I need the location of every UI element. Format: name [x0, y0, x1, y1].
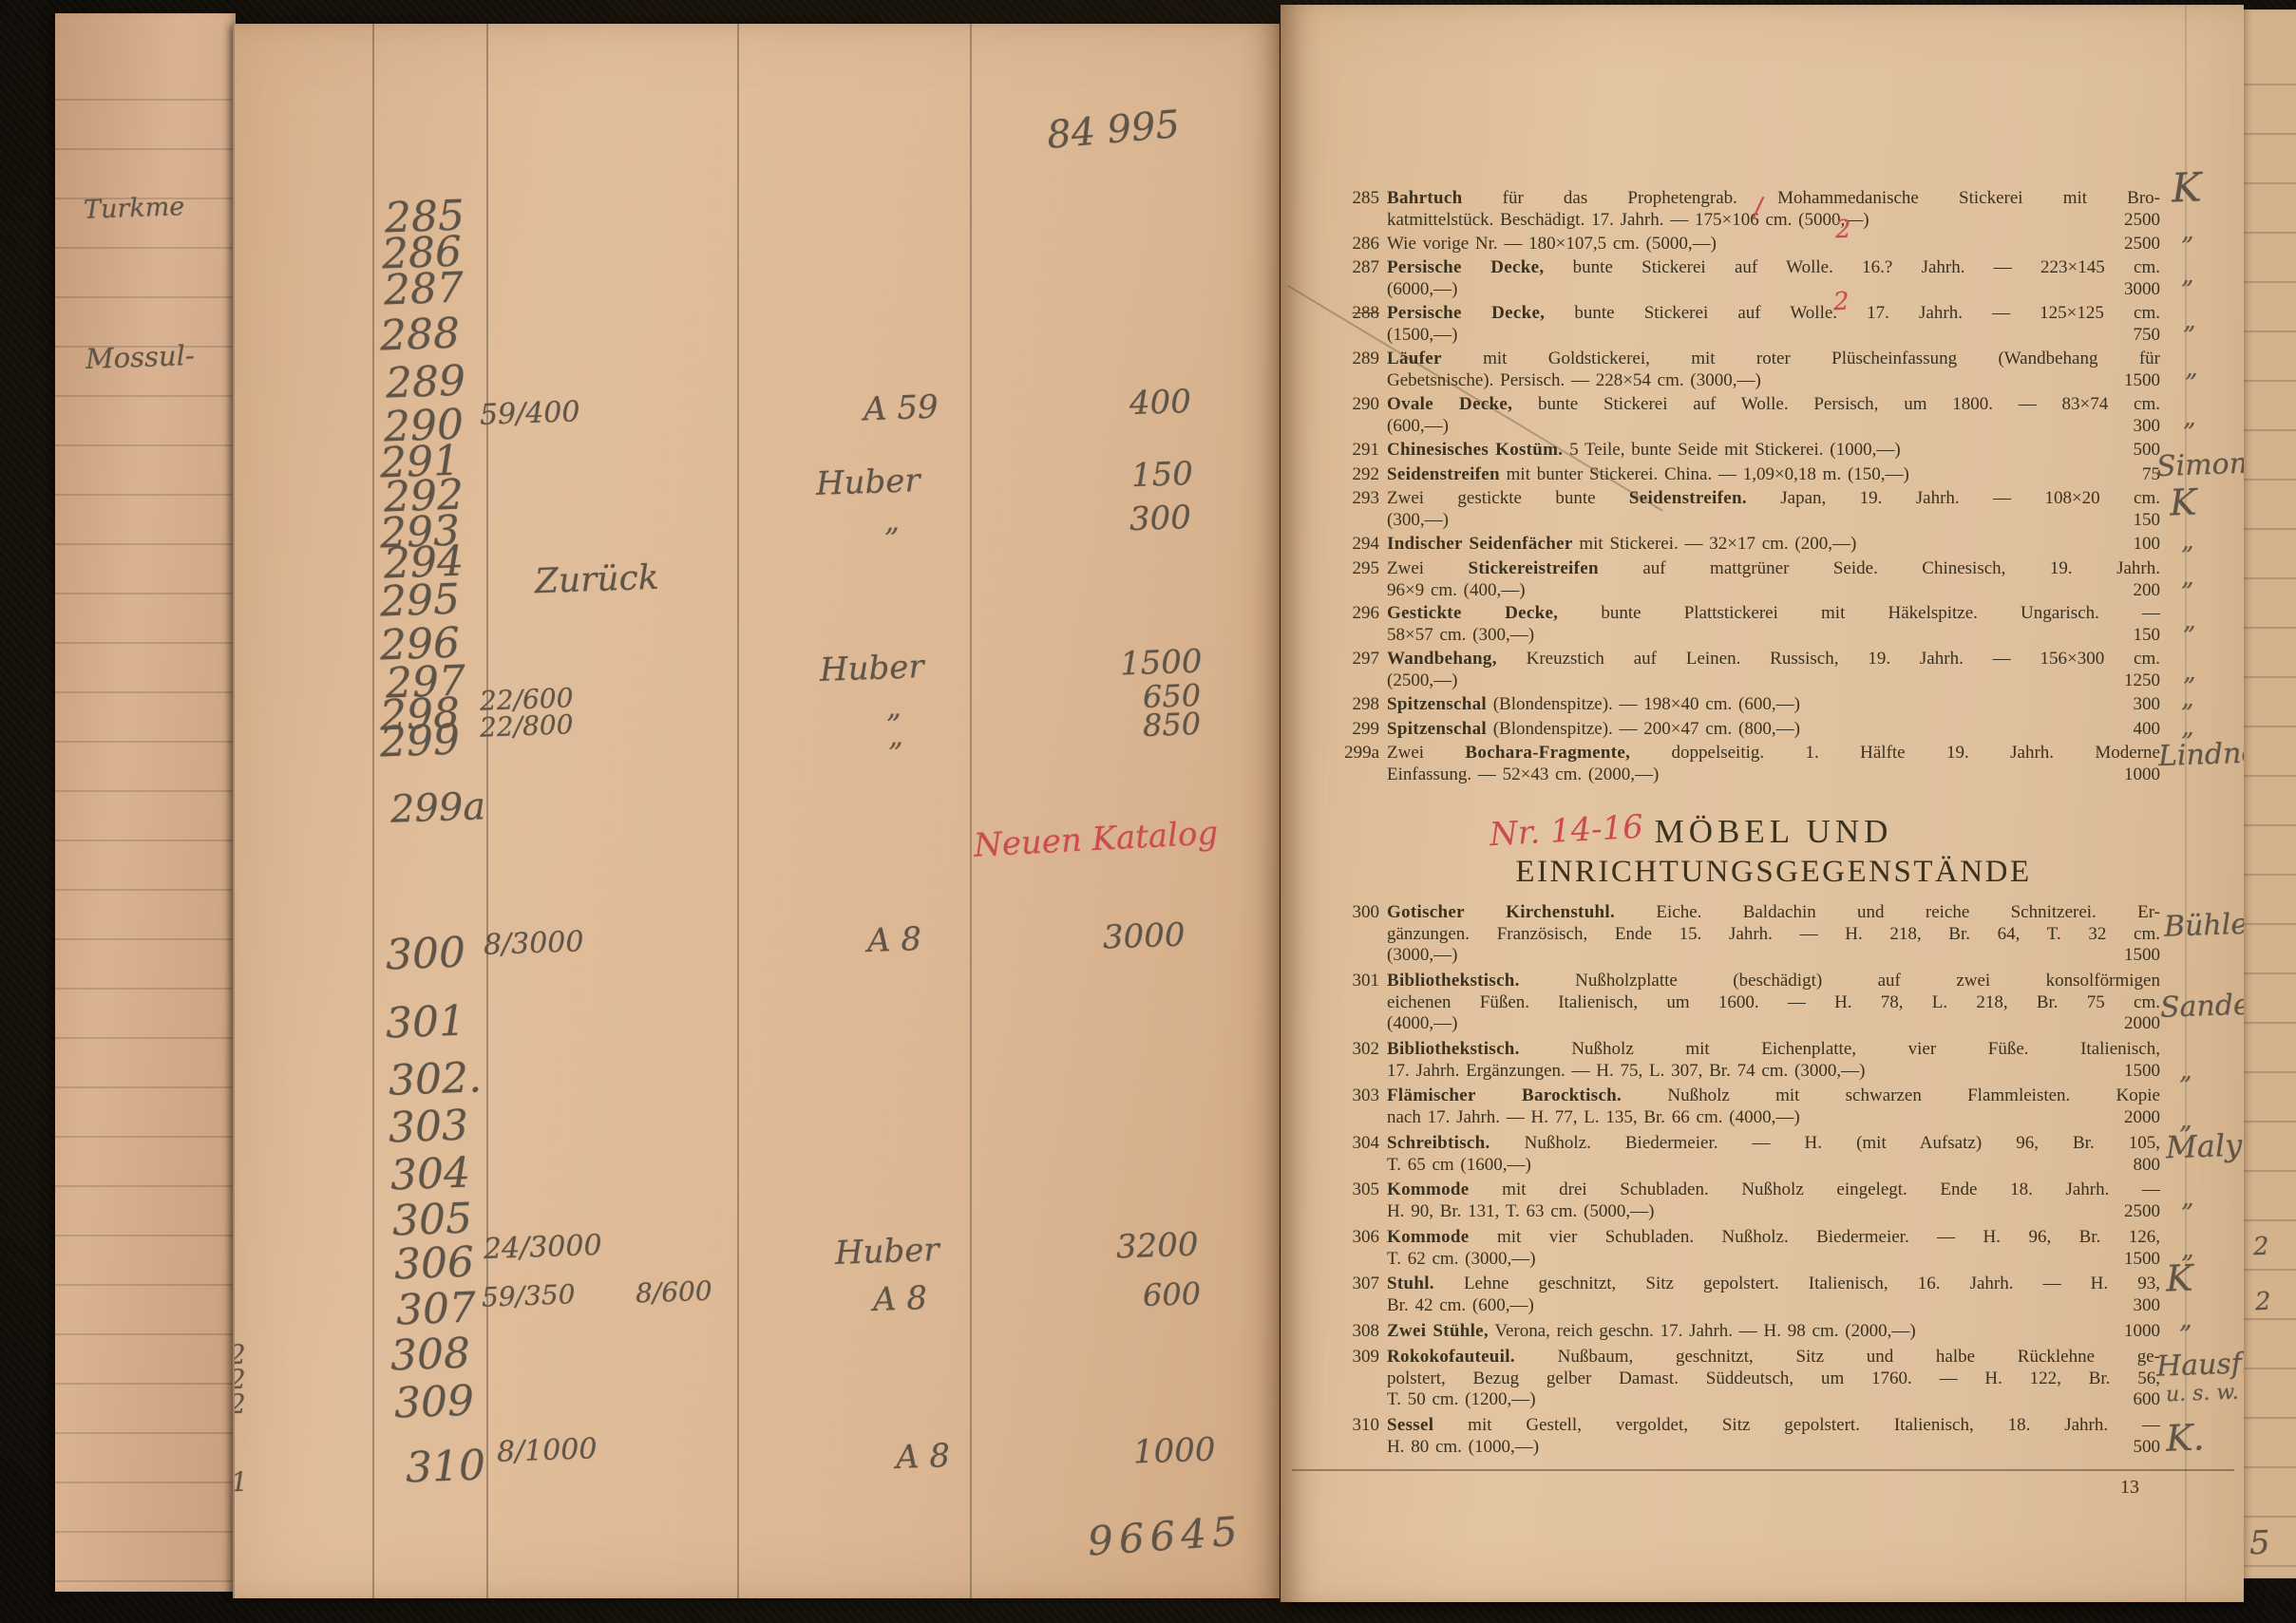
handwritten-mark: A 8: [872, 1282, 927, 1316]
ledger-page: 84 995285286287288Zurück28929059/400A 59…: [233, 24, 1280, 1598]
hammer-price: 2000: [2124, 1107, 2160, 1129]
lot-number: 301: [1332, 971, 1379, 991]
handwritten-mark: Zurück: [534, 561, 659, 600]
lot-number: 306: [1332, 1227, 1379, 1248]
handwritten-mark: Bühler: [2164, 910, 2244, 942]
handwritten-mark: 289: [385, 361, 465, 406]
handwritten-mark: 3200: [1115, 1229, 1199, 1264]
catalog-entry-297: 297Wandbehang, Kreuzstich auf Leinen. Ru…: [1387, 649, 2160, 691]
lot-number: 310: [1332, 1415, 1379, 1436]
handwritten-mark: 303: [388, 1105, 468, 1150]
catalog-entry-296: 296Gestickte Decke, bunte Plattstickerei…: [1387, 603, 2160, 646]
handwritten-mark: 287: [383, 268, 464, 312]
handwritten-mark: 1000: [1132, 1434, 1216, 1469]
catalog-entry-303: 303Flämischer Barocktisch. Nußholz mit s…: [1387, 1085, 2160, 1128]
catalog-entry-307: 307Stuhl. Lehne geschnitzt, Sitz gepolst…: [1387, 1274, 2160, 1316]
handwritten-mark: „: [883, 508, 900, 538]
handwritten-mark: 150: [1130, 458, 1193, 492]
lot-number: 285: [1332, 188, 1379, 209]
hammer-price: 400: [2134, 719, 2161, 741]
lot-number: 297: [1332, 649, 1379, 670]
handwritten-mark: 2: [2253, 1235, 2269, 1260]
handwritten-mark: Huber: [819, 651, 924, 687]
catalog-entry-288: 288Persische Decke, bunte Stickerei auf …: [1387, 303, 2160, 346]
catalog-entry-309: 309Rokokofauteuil. Nußbaum, geschnitzt, …: [1387, 1347, 2160, 1411]
underlying-page-left-edge: TurkmeMossul-: [55, 13, 236, 1592]
handwritten-mark: 5: [2249, 1527, 2270, 1560]
hammer-price: 300: [2134, 694, 2161, 716]
handwritten-mark: „: [2183, 406, 2196, 430]
handwritten-mark: „: [2181, 263, 2194, 288]
catalog-entry-290: 290Ovale Decke, bunte Stickerei auf Woll…: [1387, 394, 2160, 437]
catalog-entry-287: 287Persische Decke, bunte Stickerei auf …: [1387, 257, 2160, 300]
handwritten-mark: 305: [391, 1198, 472, 1243]
lot-number: 303: [1332, 1085, 1379, 1106]
catalog-page: Nr. 14-16 MÖBEL UND EINRICHTUNGSGEGENSTÄ…: [1281, 5, 2244, 1602]
catalog-entry-286: 286Wie vorige Nr. — 180×107,5 cm. (5000,…: [1387, 234, 2160, 255]
hammer-price: 2500: [2124, 210, 2160, 232]
handwritten-mark: „: [2181, 1186, 2194, 1211]
handwritten-mark: Huber: [815, 464, 920, 500]
handwritten-mark: „: [2183, 660, 2196, 685]
lot-number: 292: [1332, 464, 1379, 485]
handwritten-mark: 96645: [1087, 1511, 1244, 1561]
lot-number: 309: [1332, 1347, 1379, 1368]
catalog-entry-289: 289Läufer mit Goldstickerei, mit roter P…: [1387, 349, 2160, 391]
handwritten-mark: 304: [389, 1153, 470, 1198]
lot-number: 302: [1332, 1039, 1379, 1060]
page-number: 13: [2120, 1477, 2139, 1499]
hammer-price: 150: [2134, 510, 2161, 532]
handwritten-mark: „: [2181, 565, 2194, 590]
hammer-price: 150: [2134, 625, 2161, 647]
handwritten-mark: „: [2181, 219, 2194, 244]
red-annotation: Neuen Katalog: [973, 817, 1219, 861]
handwritten-mark: Sander: [2160, 991, 2244, 1023]
catalog-entry-310: 310Sessel mit Gestell, vergoldet, Sitz g…: [1387, 1415, 2160, 1458]
handwritten-mark: 288: [379, 313, 460, 358]
catalog-entry-293: 293Zwei gestickte bunte Seidenstreifen. …: [1387, 488, 2160, 531]
handwritten-mark: 1500: [1119, 646, 1203, 681]
handwritten-mark: 310: [405, 1445, 485, 1490]
lot-number: 298: [1332, 694, 1379, 715]
red-annotation: 2: [1833, 290, 1850, 315]
lot-number: 288: [1332, 303, 1379, 324]
handwritten-mark: 2: [2255, 1290, 2271, 1315]
handwritten-mark: 8/600: [636, 1278, 713, 1308]
handwritten-mark: 300: [385, 933, 465, 977]
handwritten-mark: Huber: [834, 1234, 939, 1270]
handwritten-mark: „: [2185, 356, 2198, 381]
ledger-column-line: [486, 24, 488, 1598]
handwritten-mark: 59/350: [482, 1281, 576, 1311]
lot-number: 308: [1332, 1321, 1379, 1342]
handwritten-mark: 600: [1142, 1278, 1201, 1311]
handwritten-mark: 850: [1142, 708, 1201, 741]
handwritten-mark: 22/800: [480, 711, 574, 741]
handwritten-mark: A 8: [895, 1440, 950, 1474]
handwritten-mark: 302.: [388, 1057, 482, 1102]
lot-number: 291: [1332, 440, 1379, 461]
lot-number: 294: [1332, 534, 1379, 555]
catalog-entry-292: 292Seidenstreifen mit bunter Stickerei. …: [1387, 464, 2160, 486]
handwritten-mark: u. s. w.: [2166, 1383, 2239, 1406]
handwritten-mark: K: [2171, 167, 2202, 208]
catalog-entry-299: 299Spitzenschal (Blondenspitze). — 200×4…: [1387, 719, 2160, 741]
handwritten-mark: 301: [385, 1001, 465, 1046]
footer-rule: [1292, 1469, 2234, 1471]
catalog-entry-308: 308Zwei Stühle, Verona, reich geschn. 17…: [1387, 1321, 2160, 1343]
handwritten-mark: 309: [393, 1381, 474, 1425]
section-heading-line2: EINRICHTUNGSGEGENSTÄNDE: [1387, 852, 2160, 892]
handwritten-mark: „: [2181, 715, 2194, 740]
handwritten-mark: A 59: [863, 391, 939, 426]
handwritten-mark: 8/3000: [484, 928, 585, 960]
book-photo: TurkmeMossul- 84 995285286287288Zurück28…: [0, 0, 2296, 1623]
handwritten-mark: 59/400: [480, 398, 581, 430]
handwritten-mark: 295: [379, 579, 460, 624]
handwritten-mark: „: [2179, 1059, 2192, 1084]
handwritten-mark: „: [2183, 609, 2196, 633]
catalog-entry-304: 304Schreibtisch. Nußholz. Biedermeier. —…: [1387, 1133, 2160, 1176]
handwritten-mark: 308: [389, 1333, 470, 1378]
hammer-price: 1500: [2124, 945, 2160, 967]
red-annotation: 2: [1835, 217, 1851, 243]
catalog-entry-306: 306Kommode mit vier Schubladen. Nußholz.…: [1387, 1227, 2160, 1270]
hammer-price: 2500: [2124, 1201, 2160, 1223]
ledger-column-line: [970, 24, 972, 1598]
handwritten-mark: 3000: [1102, 919, 1186, 954]
handwritten-mark: A 8: [866, 923, 921, 957]
handwritten-mark: 2: [233, 1391, 246, 1419]
hammer-price: 1500: [2124, 1249, 2160, 1271]
catalog-entry-298: 298Spitzenschal (Blondenspitze). — 198×4…: [1387, 694, 2160, 716]
hammer-price: 800: [2134, 1155, 2161, 1177]
lot-number: 296: [1332, 603, 1379, 624]
lot-number: 286: [1332, 234, 1379, 255]
handwritten-mark: 306: [393, 1242, 474, 1287]
handwritten-mark: K: [2165, 1260, 2193, 1297]
handwritten-mark: „: [887, 723, 903, 752]
hammer-price: 200: [2134, 580, 2161, 602]
catalog-entry-299a: 299aZwei Bochara-Fragmente, doppelseitig…: [1387, 743, 2160, 785]
catalog-entry-291: 291Chinesisches Kostüm. 5 Teile, bunte S…: [1387, 440, 2160, 462]
handwritten-mark: Mossul-: [85, 342, 196, 373]
hammer-price: 600: [2134, 1389, 2161, 1411]
handwritten-mark: „: [2181, 529, 2194, 554]
handwritten-mark: Simonis: [2156, 449, 2244, 481]
hammer-price: 2000: [2124, 1013, 2160, 1035]
handwritten-mark: „: [2181, 687, 2194, 711]
hammer-price: 1500: [2124, 1061, 2160, 1083]
section-heading-line1: MÖBEL UND: [1387, 812, 2160, 852]
lot-number: 293: [1332, 488, 1379, 509]
ledger-column-line: [372, 24, 374, 1598]
catalog-entry-285: 285Bahrtuch für das Prophetengrab. Moham…: [1387, 188, 2160, 231]
handwritten-mark: K.: [2165, 1419, 2205, 1456]
lot-number: 307: [1332, 1274, 1379, 1294]
hammer-price: 3000: [2124, 279, 2160, 301]
hammer-price: 1000: [2124, 1321, 2160, 1343]
hammer-price: 500: [2134, 1437, 2161, 1459]
handwritten-mark: Maly: [2165, 1130, 2242, 1163]
handwritten-mark: 84 995: [1046, 105, 1182, 155]
red-annotation: /: [1754, 195, 1763, 221]
catalog-entry-295: 295Zwei Stickereistreifen auf mattgrüner…: [1387, 558, 2160, 601]
handwritten-mark: 8/1000: [497, 1435, 598, 1467]
hammer-price: 1500: [2124, 370, 2160, 392]
handwritten-mark: 1: [233, 1469, 248, 1497]
handwritten-mark: 400: [1129, 386, 1191, 420]
handwritten-mark: Hausf.: [2156, 1349, 2244, 1381]
lot-number: 299a: [1332, 743, 1379, 764]
handwritten-mark: 299: [379, 720, 460, 764]
section-heading: MÖBEL UND EINRICHTUNGSGEGENSTÄNDE: [1387, 812, 2160, 892]
catalog-entry-305: 305Kommode mit drei Schubladen. Nußholz …: [1387, 1180, 2160, 1222]
hammer-price: 1000: [2124, 764, 2160, 786]
hammer-price: 300: [2134, 1295, 2161, 1317]
hammer-price: 1250: [2124, 670, 2160, 692]
handwritten-mark: Turkme: [84, 194, 185, 223]
lot-number: 295: [1332, 558, 1379, 579]
lot-number: 300: [1332, 902, 1379, 923]
lot-number: 287: [1332, 257, 1379, 278]
handwritten-mark: 300: [1129, 501, 1191, 536]
lot-number: 305: [1332, 1180, 1379, 1200]
handwritten-mark: „: [2183, 309, 2196, 333]
catalog-entry-300: 300Gotischer Kirchenstuhl. Eiche. Baldac…: [1387, 902, 2160, 967]
handwritten-mark: 24/3000: [484, 1232, 603, 1264]
lot-number: 304: [1332, 1133, 1379, 1154]
hammer-price: 300: [2134, 416, 2161, 438]
catalog-entry-294: 294Indischer Seidenfächer mit Stickerei.…: [1387, 534, 2160, 556]
lot-number: 289: [1332, 349, 1379, 369]
handwritten-mark: „: [2179, 1308, 2192, 1332]
handwritten-mark: K: [2169, 484, 2197, 521]
underlying-page-right-edge: 225: [2244, 9, 2296, 1578]
handwritten-mark: Lindner: [2158, 739, 2244, 771]
catalog-entry-301: 301Bibliothekstisch. Nußholzplatte (besc…: [1387, 971, 2160, 1035]
catalog-entry-302: 302Bibliothekstisch. Nußholz mit Eichenp…: [1387, 1039, 2160, 1082]
lot-number: 290: [1332, 394, 1379, 415]
hammer-price: 100: [2134, 534, 2161, 556]
handwritten-mark: 299a: [389, 787, 486, 828]
ledger-column-line: [737, 24, 739, 1598]
hammer-price: 750: [2134, 325, 2161, 347]
handwritten-mark: „: [885, 694, 901, 724]
lot-number: 299: [1332, 719, 1379, 740]
hammer-price: 2500: [2124, 234, 2160, 255]
handwritten-mark: 307: [395, 1288, 476, 1332]
